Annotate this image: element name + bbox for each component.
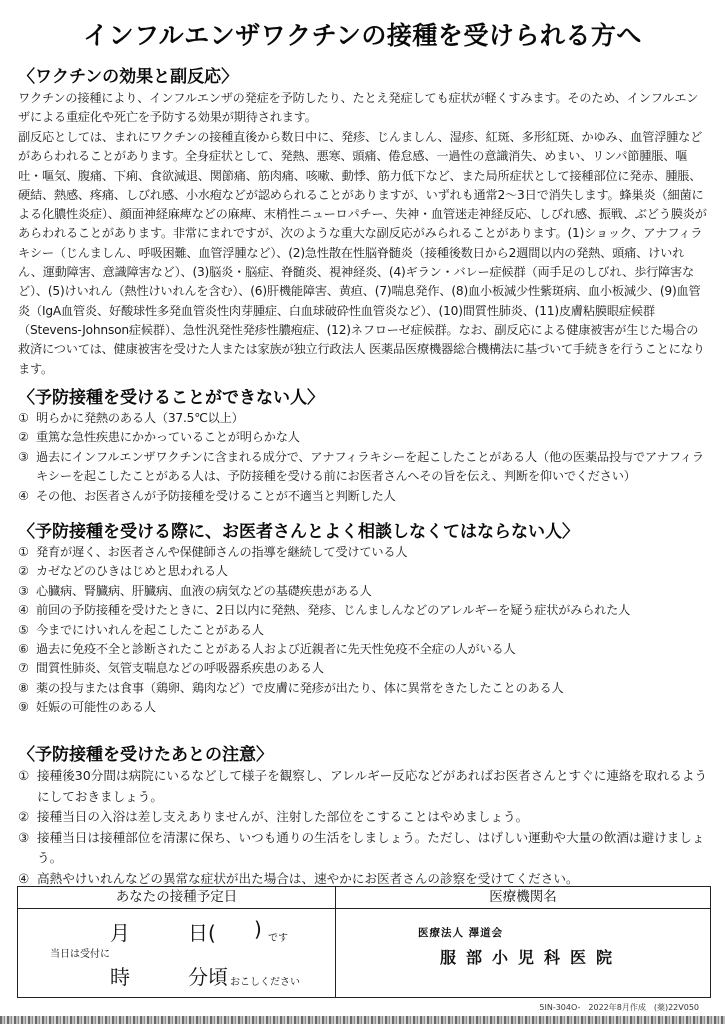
list-item: ④その他、お医者さんが予防接種を受けることが不適当と判断した人 — [18, 487, 708, 506]
list-item: ④前回の予防接種を受けたときに、2日以内に発熱、発疹、じんましんなどのアレルギー… — [18, 601, 708, 620]
item-number: ② — [18, 807, 37, 828]
item-number: ⑤ — [18, 621, 36, 640]
please-come-label: おこしください — [230, 973, 300, 988]
document-code: 5IN-304O- 2022年8月作成 (薬)22V050 — [539, 1002, 699, 1013]
reception-note: 当日は受付に — [50, 945, 110, 960]
item-number: ② — [18, 562, 36, 581]
item-number: ⑥ — [18, 640, 36, 659]
item-text: 心臓病、腎臓病、肝臓病、血液の病気などの基礎疾患がある人 — [36, 582, 708, 601]
item-number: ④ — [18, 601, 36, 620]
item-text: カゼなどのひきはじめと思われる人 — [36, 562, 708, 581]
section-heading-consult-doctor: 〈予防接種を受ける際に、お医者さんとよく相談しなくてはならない人〉 — [18, 517, 579, 542]
appointment-date-column: あなたの接種予定日 月 日( ) です 当日は受付に 時 分頃 おこしください — [18, 887, 336, 997]
scan-edge-noise — [0, 1016, 725, 1024]
item-number: ③ — [18, 448, 36, 487]
list-item: ⑥過去に免疫不全と診断されたことがある人および近親者に先天性免疫不全症の人がいる… — [18, 640, 708, 659]
paragraph-effects: ワクチンの接種により、インフルエンザの発症を予防したり、たとえ発症しても症状が軽… — [18, 89, 708, 128]
list-cannot-receive: ①明らかに発熱のある人（37.5℃以上） ②重篤な急性疾患にかかっていることが明… — [18, 409, 708, 506]
item-text: 重篤な急性疾患にかかっていることが明らかな人 — [36, 428, 708, 447]
section-heading-cannot-receive: 〈予防接種を受けることができない人〉 — [18, 383, 324, 408]
list-item: ①発育が遅く、お医者さんや保健師さんの指導を継続して受けている人 — [18, 543, 708, 562]
weekday-field[interactable]: ) — [254, 917, 262, 941]
list-item: ②カゼなどのひきはじめと思われる人 — [18, 562, 708, 581]
list-item: ⑨妊娠の可能性のある人 — [18, 698, 708, 717]
item-number: ③ — [18, 828, 37, 869]
item-number: ① — [18, 543, 36, 562]
item-text: 接種当日は接種部位を清潔に保ち、いつも通りの生活をしましょう。ただし、はげしい運… — [37, 828, 708, 869]
item-number: ① — [18, 409, 36, 428]
clinic-name-header: 医療機関名 — [336, 887, 710, 909]
item-text: 明らかに発熱のある人（37.5℃以上） — [36, 409, 708, 428]
list-item: ③心臓病、腎臓病、肝臓病、血液の病気などの基礎疾患がある人 — [18, 582, 708, 601]
minute-field[interactable]: 分頃 — [188, 961, 228, 990]
list-item: ①明らかに発熱のある人（37.5℃以上） — [18, 409, 708, 428]
item-text: 過去にインフルエンザワクチンに含まれる成分で、アナフィラキシーを起こしたことがあ… — [36, 448, 708, 487]
item-number: ⑧ — [18, 679, 36, 698]
item-text: 発育が遅く、お医者さんや保健師さんの指導を継続して受けている人 — [36, 543, 708, 562]
item-number: ④ — [18, 487, 36, 506]
hour-field[interactable]: 時 — [110, 961, 130, 990]
clinic-stamp-corporation: 医療法人 澤道会 — [418, 925, 503, 940]
item-text: 今までにけいれんを起こしたことがある人 — [36, 621, 708, 640]
day-field[interactable]: 日( — [188, 917, 216, 946]
item-text: 過去に免疫不全と診断されたことがある人および近親者に先天性免疫不全症の人がいる人 — [36, 640, 708, 659]
item-text: その他、お医者さんが予防接種を受けることが不適当と判断した人 — [36, 487, 708, 506]
section-heading-effects: 〈ワクチンの効果と副反応〉 — [18, 62, 238, 87]
item-text: 間質性肺炎、気管支喘息などの呼吸器系疾患のある人 — [36, 659, 708, 678]
paragraph-side-reactions: 副反応としては、まれにワクチンの接種直後から数日中に、発疹、じんましん、湿疹、紅… — [18, 128, 708, 379]
appointment-box: あなたの接種予定日 月 日( ) です 当日は受付に 時 分頃 おこしください … — [17, 886, 711, 998]
list-item: ③接種当日は接種部位を清潔に保ち、いつも通りの生活をしましょう。ただし、はげしい… — [18, 828, 708, 869]
clinic-name-column: 医療機関名 医療法人 澤道会 服部小児科医院 — [336, 887, 710, 997]
list-item: ⑧薬の投与または食事（鶏卵、鶏肉など）で皮膚に発疹が出たり、体に異常をきたしたこ… — [18, 679, 708, 698]
item-text: 妊娠の可能性のある人 — [36, 698, 708, 717]
page-title: インフルエンザワクチンの接種を受けられる方へ — [0, 16, 725, 52]
clinic-stamp-name: 服部小児科医院 — [440, 945, 622, 968]
list-item: ①接種後30分間は病院にいるなどして様子を観察し、アレルギー反応などがあればお医… — [18, 766, 708, 807]
appointment-date-header: あなたの接種予定日 — [18, 887, 335, 909]
month-field[interactable]: 月 — [110, 917, 130, 946]
item-number: ③ — [18, 582, 36, 601]
document-page: インフルエンザワクチンの接種を受けられる方へ 〈ワクチンの効果と副反応〉 ワクチ… — [0, 0, 725, 1024]
item-number: ② — [18, 428, 36, 447]
section-heading-after-care: 〈予防接種を受けたあとの注意〉 — [18, 740, 273, 765]
list-consult-doctor: ①発育が遅く、お医者さんや保健師さんの指導を継続して受けている人 ②カゼなどのひ… — [18, 543, 708, 718]
list-item: ⑦間質性肺炎、気管支喘息などの呼吸器系疾患のある人 — [18, 659, 708, 678]
list-item: ⑤今までにけいれんを起こしたことがある人 — [18, 621, 708, 640]
item-number: ⑦ — [18, 659, 36, 678]
list-item: ②重篤な急性疾患にかかっていることが明らかな人 — [18, 428, 708, 447]
item-number: ⑨ — [18, 698, 36, 717]
item-text: 接種後30分間は病院にいるなどして様子を観察し、アレルギー反応などがあればお医者… — [37, 766, 708, 807]
item-text: 前回の予防接種を受けたときに、2日以内に発熱、発疹、じんましんなどのアレルギーを… — [36, 601, 708, 620]
item-text: 薬の投与または食事（鶏卵、鶏肉など）で皮膚に発疹が出たり、体に異常をきたしたこと… — [36, 679, 708, 698]
list-item: ③過去にインフルエンザワクチンに含まれる成分で、アナフィラキシーを起こしたことが… — [18, 448, 708, 487]
item-text: 接種当日の入浴は差し支えありませんが、注射した部位をこすることはやめましょう。 — [37, 807, 708, 828]
desu-label: です — [268, 929, 288, 944]
list-item: ②接種当日の入浴は差し支えありませんが、注射した部位をこすることはやめましょう。 — [18, 807, 708, 828]
list-after-care: ①接種後30分間は病院にいるなどして様子を観察し、アレルギー反応などがあればお医… — [18, 766, 708, 889]
item-number: ① — [18, 766, 37, 807]
